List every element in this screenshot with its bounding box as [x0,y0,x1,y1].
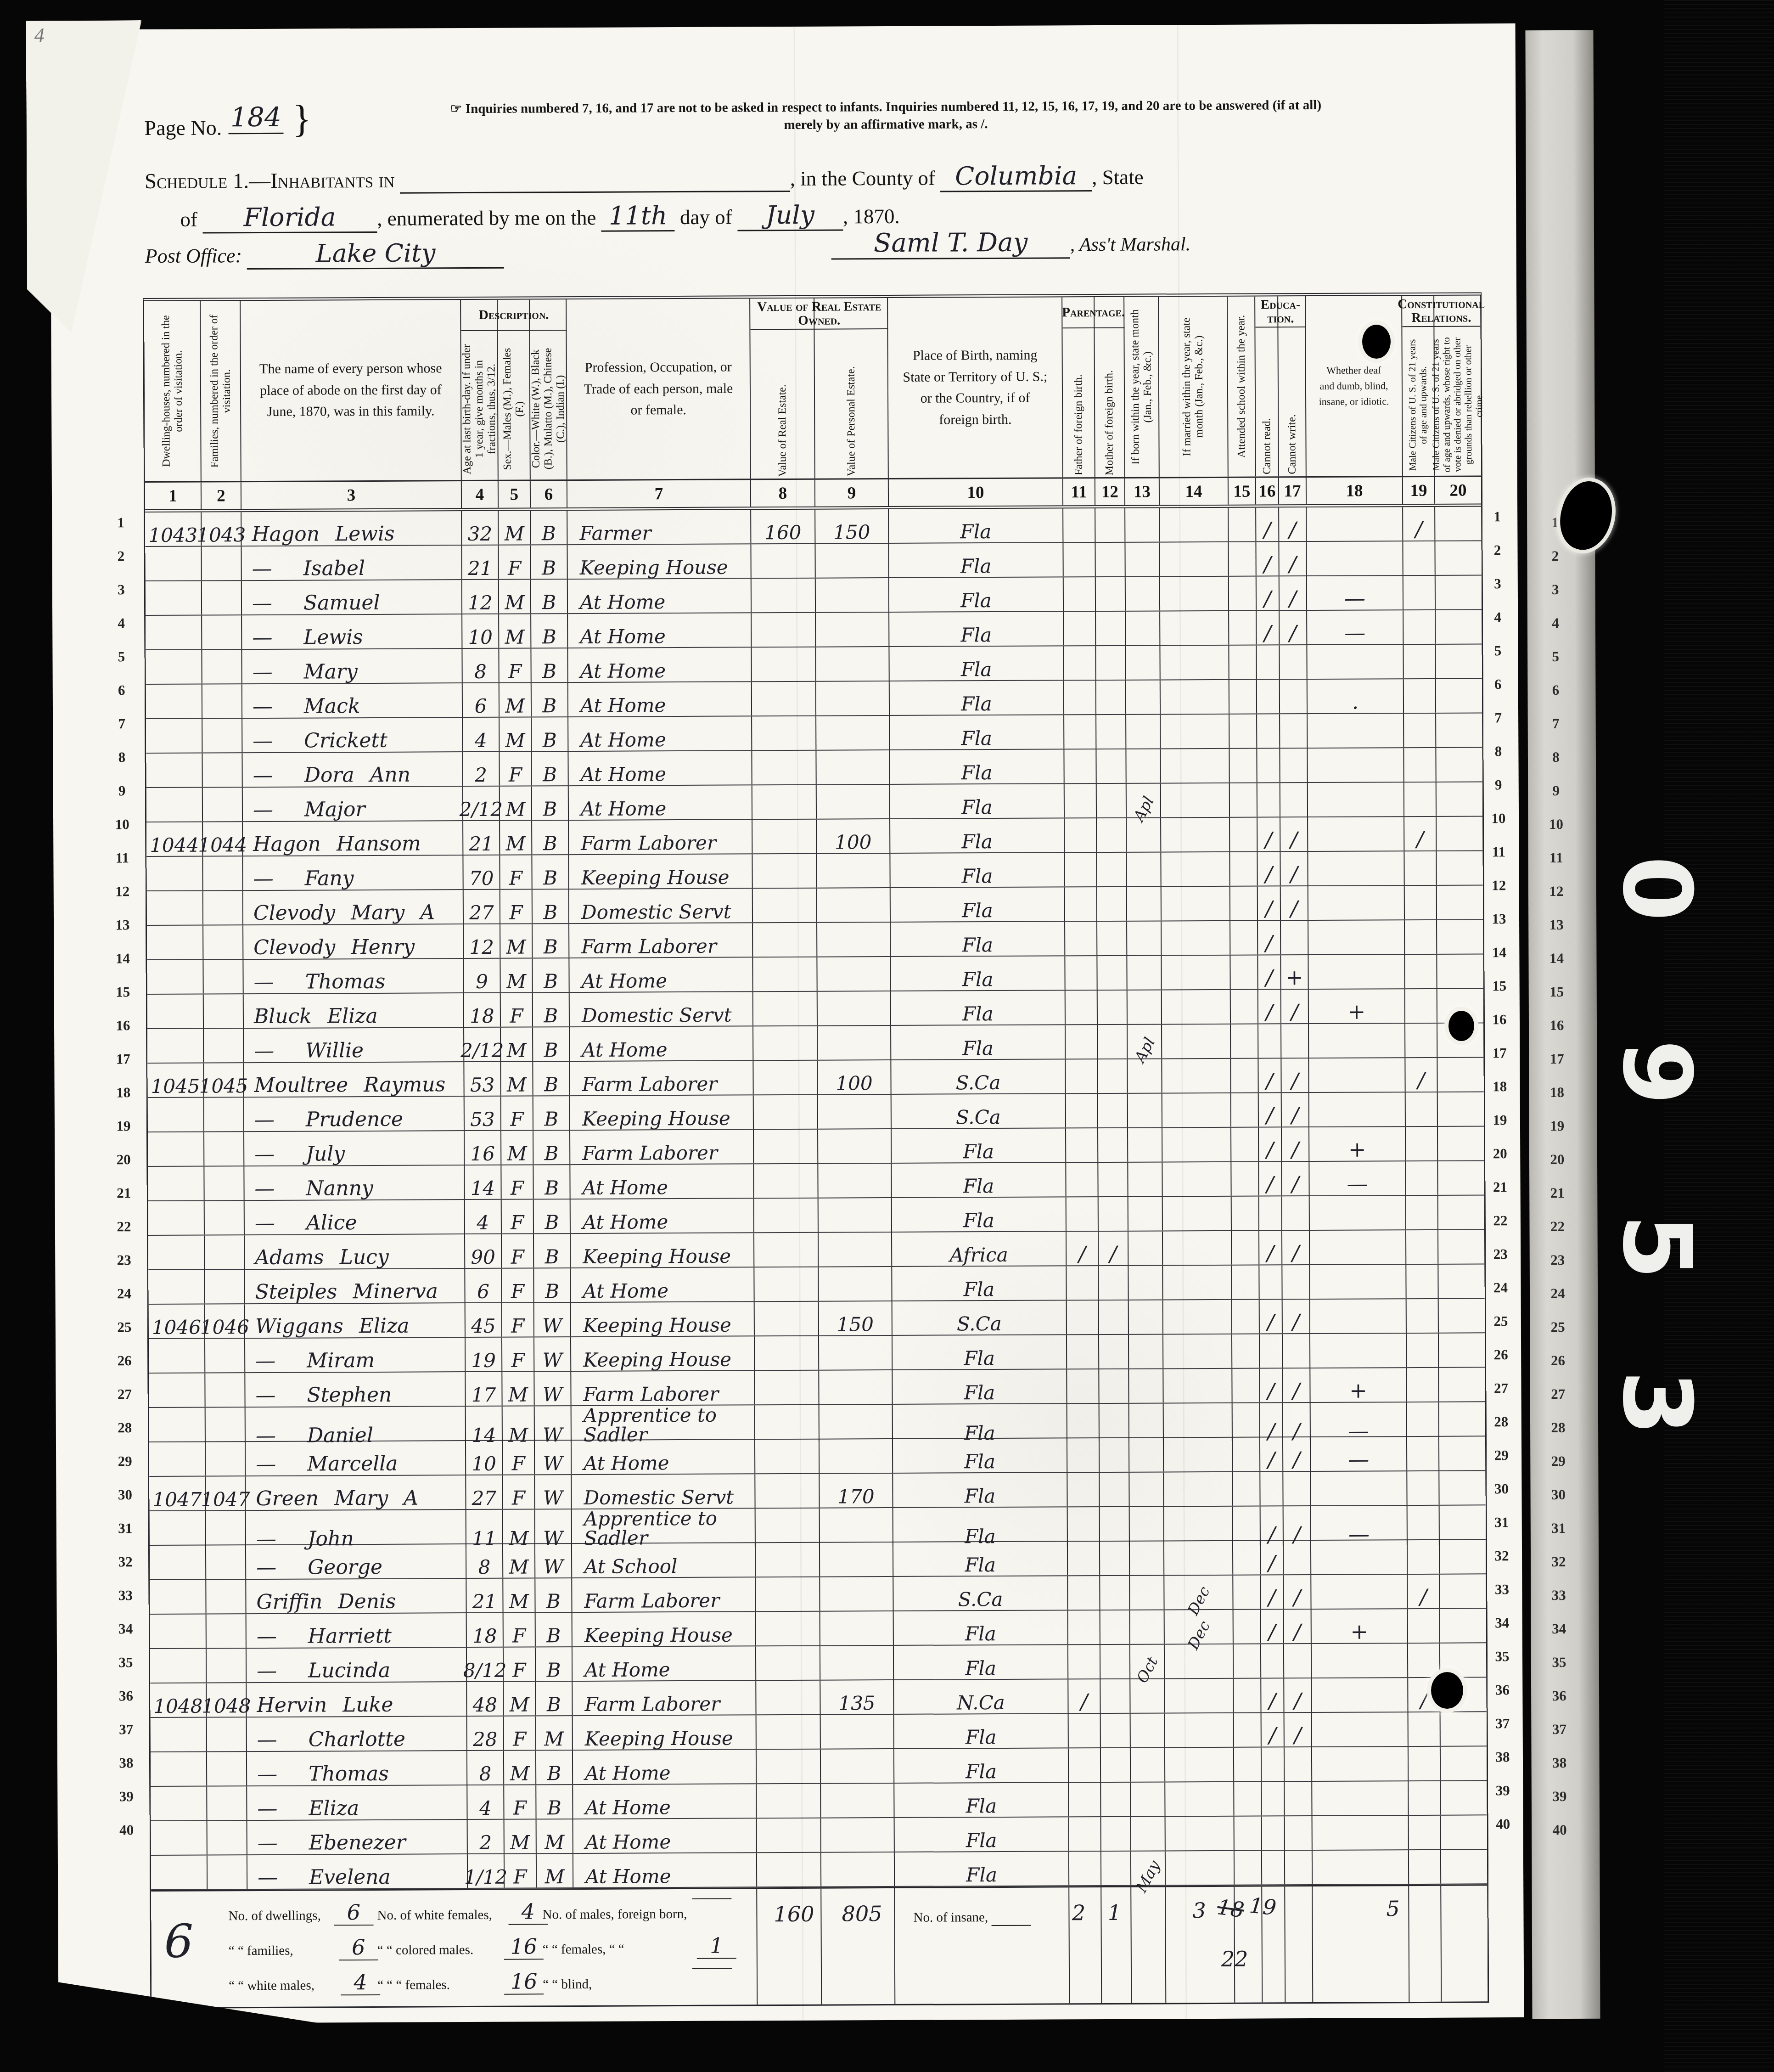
cell-value: — Ebenezer [258,1833,406,1853]
cell-pe [816,647,889,681]
row-number-left: 25 [111,1319,138,1335]
column-header-label: Families, numbered in the order of visit… [208,304,233,477]
cell-bp: Fla [889,612,1064,646]
cell-fb [1064,749,1096,783]
row-number-right: 38 [1489,1749,1516,1765]
cell-value: Fla [960,625,992,645]
cell-cr: / [1257,576,1280,610]
column-number-cell: 10 [889,479,1063,506]
cell-cl: W [535,1406,572,1446]
cell-cr [1262,1851,1285,1884]
cell-mb [1097,922,1127,955]
cell-value: 4 [475,731,487,750]
cell-dw [150,1546,206,1580]
cell-value: S.Ca [957,1314,1002,1334]
cell-mb [1100,1576,1130,1610]
cell-cw [1280,714,1308,748]
cell-re [756,1612,820,1646]
total-cannot-write: 19 [1248,1893,1278,1920]
cell-dw [147,995,204,1029]
cell-cl: B [533,958,569,992]
cell-nm: — July [244,1131,465,1165]
cell-bn [1126,577,1160,610]
cell-value: + [1350,1621,1368,1642]
cell-ct [1408,1609,1440,1643]
cell-dn [1440,1505,1486,1545]
cell-sc [1232,1369,1260,1402]
cell-dn [1441,1712,1487,1745]
cell-dw [146,857,203,891]
table-row: — Thomas8MBAt HomeFla [151,1746,1487,1787]
cell-dw [148,1132,204,1166]
cell-dw [146,685,202,719]
cell-cr: / [1261,1506,1284,1546]
table-row: — July16MBFarm LaborerFla//+ [148,1126,1484,1167]
cell-ag: 45 [466,1303,502,1337]
cell-pe: 150 [815,509,889,543]
cell-value: B [544,1041,558,1060]
cell-mr [1160,577,1229,611]
footer-value: 16 [504,1969,544,1994]
cell-value: + [1348,1138,1366,1160]
cell-fm [206,1442,246,1475]
cell-sx: M [500,958,533,992]
cell-mb [1096,681,1126,714]
cell-cw [1285,1782,1312,1815]
cell-mr: Dec [1164,1576,1233,1610]
cell-cw [1284,1541,1311,1574]
strip-row-number: 31 [1543,1520,1575,1537]
cell-pe [820,1611,894,1645]
cell-dn [1436,679,1482,712]
cell-mr [1164,1472,1233,1506]
cell-value: 150 [837,1315,874,1334]
cell-bn [1129,1472,1164,1506]
cell-value: 9 [476,972,488,991]
cell-dn [1437,816,1482,850]
cell-value: / [1294,1690,1302,1711]
cell-mb [1100,1473,1129,1506]
cell-dw [147,891,203,925]
cell-sx: M [499,580,531,613]
cell-cl: B [533,1131,570,1164]
cell-value: / [1266,1104,1274,1126]
cell-mb [1098,1094,1128,1127]
cell-dw [147,960,203,994]
cell-value: B [545,1213,559,1232]
day-value: 11th [601,201,675,232]
cell-dd [1311,1575,1408,1609]
cell-value: At Home [585,1867,671,1886]
cell-bn [1128,1197,1163,1230]
table-row: 10431043Hagon Lewis32MBFarmer160150Fla//… [145,507,1481,547]
cell-dn [1441,1781,1487,1814]
cell-sx: F [505,1854,537,1887]
cell-dd [1311,1540,1408,1574]
cell-dw [149,1408,206,1448]
strip-row-number: 10 [1540,816,1572,833]
cell-bp: Africa [892,1232,1067,1266]
cell-pe [819,1336,893,1370]
cell-bp: Fla [890,681,1064,715]
cell-sc [1234,1610,1261,1644]
cell-dn [1438,1230,1484,1263]
row-number-left: 4 [107,615,135,631]
table-row: 10451045Moultree Raymus53MBFarm Laborer1… [147,1058,1483,1098]
cell-value: / [1292,1173,1299,1194]
cell-bn [1129,1334,1163,1368]
cell-oc: Keeping House [570,1095,754,1130]
cell-value: Adams Lucy [255,1247,389,1268]
strip-row-number: 29 [1542,1453,1574,1470]
cell-bp: Fla [891,991,1066,1025]
cell-sc [1230,921,1258,955]
cell-mr [1160,508,1229,542]
cell-bp: Fla [893,1542,1068,1576]
cell-cr: / [1258,817,1280,851]
total-male-citizens: 5 [1386,1896,1400,1921]
cell-value: At School [584,1557,677,1577]
cell-value: Steiples Minerva [255,1281,438,1302]
row-number-right: 23 [1487,1246,1514,1262]
footer-value: 1 [697,1933,736,1959]
cell-sx: F [500,752,532,785]
cell-fb [1065,784,1097,817]
cell-bp: Fla [892,1197,1067,1232]
cell-value: 1044 [198,835,247,855]
cell-sc [1231,990,1258,1024]
cell-oc: At Home [573,1784,757,1819]
row-number-right: 26 [1487,1346,1515,1363]
cell-pe [818,1164,892,1198]
cell-value: 1048 [153,1697,202,1716]
cell-value: F [511,1179,524,1198]
cell-nm: — Thomas [243,959,464,993]
cell-value: Fla [965,1659,996,1678]
cell-fb [1064,681,1096,714]
cell-value: M [507,1075,527,1094]
cell-sc [1231,1059,1258,1092]
cell-mr [1164,1438,1233,1472]
cell-dd: + [1309,1127,1406,1161]
cell-sc [1229,611,1257,645]
cell-ag: 48 [467,1682,504,1716]
cell-cl: B [534,1234,571,1267]
cell-cr: / [1257,611,1280,644]
cell-bp: Fla [891,887,1065,922]
cell-nm: — Prudence [244,1097,465,1131]
cell-dw [146,581,202,615]
cell-sc [1234,1713,1262,1747]
cell-re [755,1371,819,1405]
table-row: Steiples Minerva6FBAt HomeFla [148,1264,1484,1305]
cell-nm: — Fany [243,856,463,890]
cell-nm: — Willie [244,1028,464,1062]
cell-value: — Thomas [254,972,386,992]
cell-value: 4 [479,1799,492,1818]
cell-fm [207,1786,247,1820]
cell-ag: 2/12 [464,1028,501,1061]
cell-dd [1308,886,1405,920]
row-number-right: 35 [1488,1648,1516,1665]
cell-value: At Home [580,627,666,647]
cell-mr [1162,1059,1231,1093]
cell-cw [1285,1747,1312,1781]
cell-dd [1309,1058,1405,1092]
cell-value: / [1289,519,1296,540]
table-row: Clevody Mary A27FBDomestic ServtFla// [147,885,1483,926]
of-label: of [180,208,197,231]
cell-bp: Fla [892,1128,1066,1163]
cell-sc [1229,508,1256,541]
cell-nm: — Lucinda [247,1648,467,1682]
cell-oc: Farm Laborer [572,1577,756,1612]
cell-dn [1437,920,1483,953]
cell-value: 16 [470,1144,495,1164]
row-number-left: 23 [110,1252,138,1268]
cell-bp: Fla [891,922,1065,956]
cell-ag: 28 [467,1717,504,1750]
cell-value: Keeping House [583,1316,731,1335]
cell-ag: 8 [462,649,499,682]
cell-dd [1312,1644,1408,1678]
cell-fb [1066,991,1098,1024]
cell-bp: Fla [890,749,1064,784]
cell-value: S.Ca [956,1108,1001,1127]
cell-ag: 12 [464,924,500,958]
cell-value: Fla [966,1865,997,1885]
cell-pe: 150 [819,1301,893,1335]
cell-fm [202,615,242,649]
cell-value: Farm Laborer [584,1591,719,1611]
cell-value: Keeping House [582,1109,730,1129]
cell-ct: / [1408,1575,1440,1608]
strip-row-number: 6 [1539,682,1572,698]
page-no-label: Page No. [144,115,222,140]
cell-cl: B [536,1647,573,1681]
cell-bp: Fla [890,784,1065,818]
cell-fm: 1048 [207,1683,247,1717]
cell-sx: M [501,1131,533,1164]
cell-sx: F [504,1613,536,1646]
cell-pe [820,1577,893,1611]
county-value: Columbia [940,161,1092,192]
cell-cw [1280,645,1307,679]
cell-value: F [510,1110,523,1129]
cell-pe [817,957,891,991]
torn-corner: 4 [26,20,143,333]
strip-row-number: 3 [1539,581,1572,598]
cell-mb [1101,1852,1131,1885]
cell-sx: M [504,1751,536,1784]
cell-pe: 100 [818,1060,891,1094]
cell-ag: 11 [466,1510,503,1549]
cell-dw: 1044 [146,822,203,856]
cell-value: — Lucinda [257,1661,390,1681]
column-header-label: Father of foreign birth. [1072,372,1085,477]
cell-dd: + [1310,1368,1407,1402]
cell-sx: M [504,1682,536,1715]
cell-value: 21 [472,1592,497,1611]
cell-value: B [543,868,557,888]
cell-bn [1128,1162,1162,1196]
cell-fm [205,1235,245,1269]
cell-value: 1046 [152,1318,201,1337]
cell-bn [1130,1507,1164,1546]
cell-cl: B [532,683,568,716]
cell-value: / [1289,622,1297,643]
cell-pe [820,1508,893,1548]
cell-value: M [506,972,526,991]
cell-cr [1262,1816,1285,1850]
strip-row-number: 2 [1539,548,1571,564]
column-number-cell: 16 [1256,478,1279,504]
group-real-estate: Value of Real Estate Owned. [750,298,888,330]
cell-sx: F [504,1785,536,1819]
cell-fb [1068,1610,1100,1644]
table-row: — Willie2/12MBAt HomeFlaApl [147,1023,1483,1064]
cell-value: S.Ca [958,1590,1003,1609]
cell-value: M [544,1729,564,1749]
cell-dn [1440,1609,1486,1642]
cell-value: M [545,1867,564,1886]
cell-dw: 1047 [149,1477,206,1511]
cell-value: 2/12 [460,800,503,819]
right-line-numbers: 1234567891011121314151617181920212223242… [50,23,1516,30]
cell-bp: Fla [890,853,1065,887]
cell-pe [820,1543,893,1577]
strip-row-number: 20 [1541,1151,1573,1168]
cell-oc: Keeping House [571,1233,754,1267]
cell-value: M [510,1695,529,1714]
cell-value: At Home [585,1798,671,1818]
strip-row-number: 15 [1541,984,1573,1000]
cell-sx: F [503,1441,535,1474]
cell-value: B [542,593,556,612]
cell-value: Africa [950,1245,1008,1265]
row-number-right: 14 [1485,944,1513,961]
cell-fm [202,719,242,752]
cell-dn [1438,1161,1484,1194]
cell-value: M [505,627,525,647]
cell-value: + [1349,1379,1367,1401]
cell-ag: 4 [463,718,500,751]
cell-value: Fla [962,1039,994,1058]
cell-nm: — Charlotte [247,1717,467,1751]
cell-cw: / [1283,1437,1311,1471]
table-row: — Lucinda8/12FBAt HomeFlaOct [150,1643,1486,1683]
cell-mr [1163,1197,1232,1231]
cell-bn [1127,887,1162,920]
cell-mb [1096,715,1126,749]
group-description: Description. [461,299,567,331]
cell-cw: / [1283,1368,1310,1402]
strip-row-number: 32 [1543,1554,1575,1570]
cell-fm [204,1132,244,1165]
cell-cl: B [532,855,569,889]
row-number-right: 3 [1484,575,1511,592]
cell-mr [1164,1403,1233,1443]
cell-value: — Marcella [256,1454,398,1475]
cell-value: / [1265,898,1273,919]
cell-mr [1162,887,1230,921]
cell-value: / [1267,1311,1274,1332]
column-header-label: If born within the year, state month (Ja… [1129,301,1154,473]
cell-fb [1069,1852,1101,1885]
cell-cr [1259,1265,1282,1299]
cell-value: M [507,1144,527,1163]
row-number-right: 19 [1486,1112,1514,1128]
cell-value: / [1294,1724,1302,1745]
cell-cw: / [1282,1162,1309,1195]
cell-mb [1101,1783,1131,1816]
cell-oc: At Home [568,647,752,682]
table-row: — Thomas9MBAt HomeFla/+ [147,954,1483,995]
cell-value: — Charlotte [257,1729,405,1750]
cell-fm: 1044 [203,822,243,856]
cell-ct [1407,1299,1439,1333]
cell-value: B [545,1282,559,1301]
cell-ct [1404,748,1436,782]
cell-fb [1067,1301,1099,1334]
cell-value: — George [256,1557,382,1578]
cell-bp: Fla [891,956,1065,991]
footer-label: No. of dwellings, [228,1908,321,1924]
row-number-right: 36 [1488,1682,1516,1698]
cell-pe [815,544,889,578]
cell-fm [203,856,243,890]
cell-value: At Home [582,1178,668,1198]
column-number-cell: 15 [1229,478,1256,505]
cell-value: B [546,1592,561,1611]
cell-fb [1068,1576,1100,1610]
cell-cl: B [536,1751,573,1784]
marshal-signature: Saml T. Day [831,227,1070,259]
cell-cl: W [535,1509,572,1549]
cell-nm: — Marcella [246,1441,466,1475]
cell-cw: / [1284,1506,1311,1546]
cell-fb [1067,1404,1100,1443]
strip-row-number: 35 [1543,1654,1575,1671]
row-number-left: 26 [111,1352,138,1369]
table-row: — Nanny14FBAt HomeFla//— [148,1161,1484,1201]
cell-cl: B [532,821,569,854]
row-number-left: 20 [110,1151,137,1168]
column-header-cell: If born within the year, state month (Ja… [1124,297,1160,477]
cell-cl: B [533,1165,570,1199]
cell-dd [1308,955,1405,989]
cell-value: / [1293,1380,1300,1401]
cell-mb [1100,1679,1130,1713]
cell-cr: / [1260,1437,1283,1471]
cell-value: 2 [479,1833,492,1852]
footer-value [692,1898,731,1899]
cell-value: — [1347,1173,1368,1194]
cell-sx: M [501,1062,533,1095]
cell-value: Fla [966,1796,997,1816]
cell-sc [1233,1472,1260,1506]
cell-re [757,1784,821,1818]
cell-value: — Harriett [257,1626,392,1647]
cell-cr [1257,645,1280,679]
table-row: — Daniel14MWApprentice to SadlerFla//— [149,1402,1485,1442]
table-row: Bluck Eliza18FBDomestic ServtFla//+ [147,989,1483,1029]
cell-dn [1438,1195,1484,1229]
cell-mr [1162,956,1230,990]
cell-fm [202,684,242,718]
cell-nm: — Isabel [241,546,462,580]
cell-pe [817,888,891,922]
